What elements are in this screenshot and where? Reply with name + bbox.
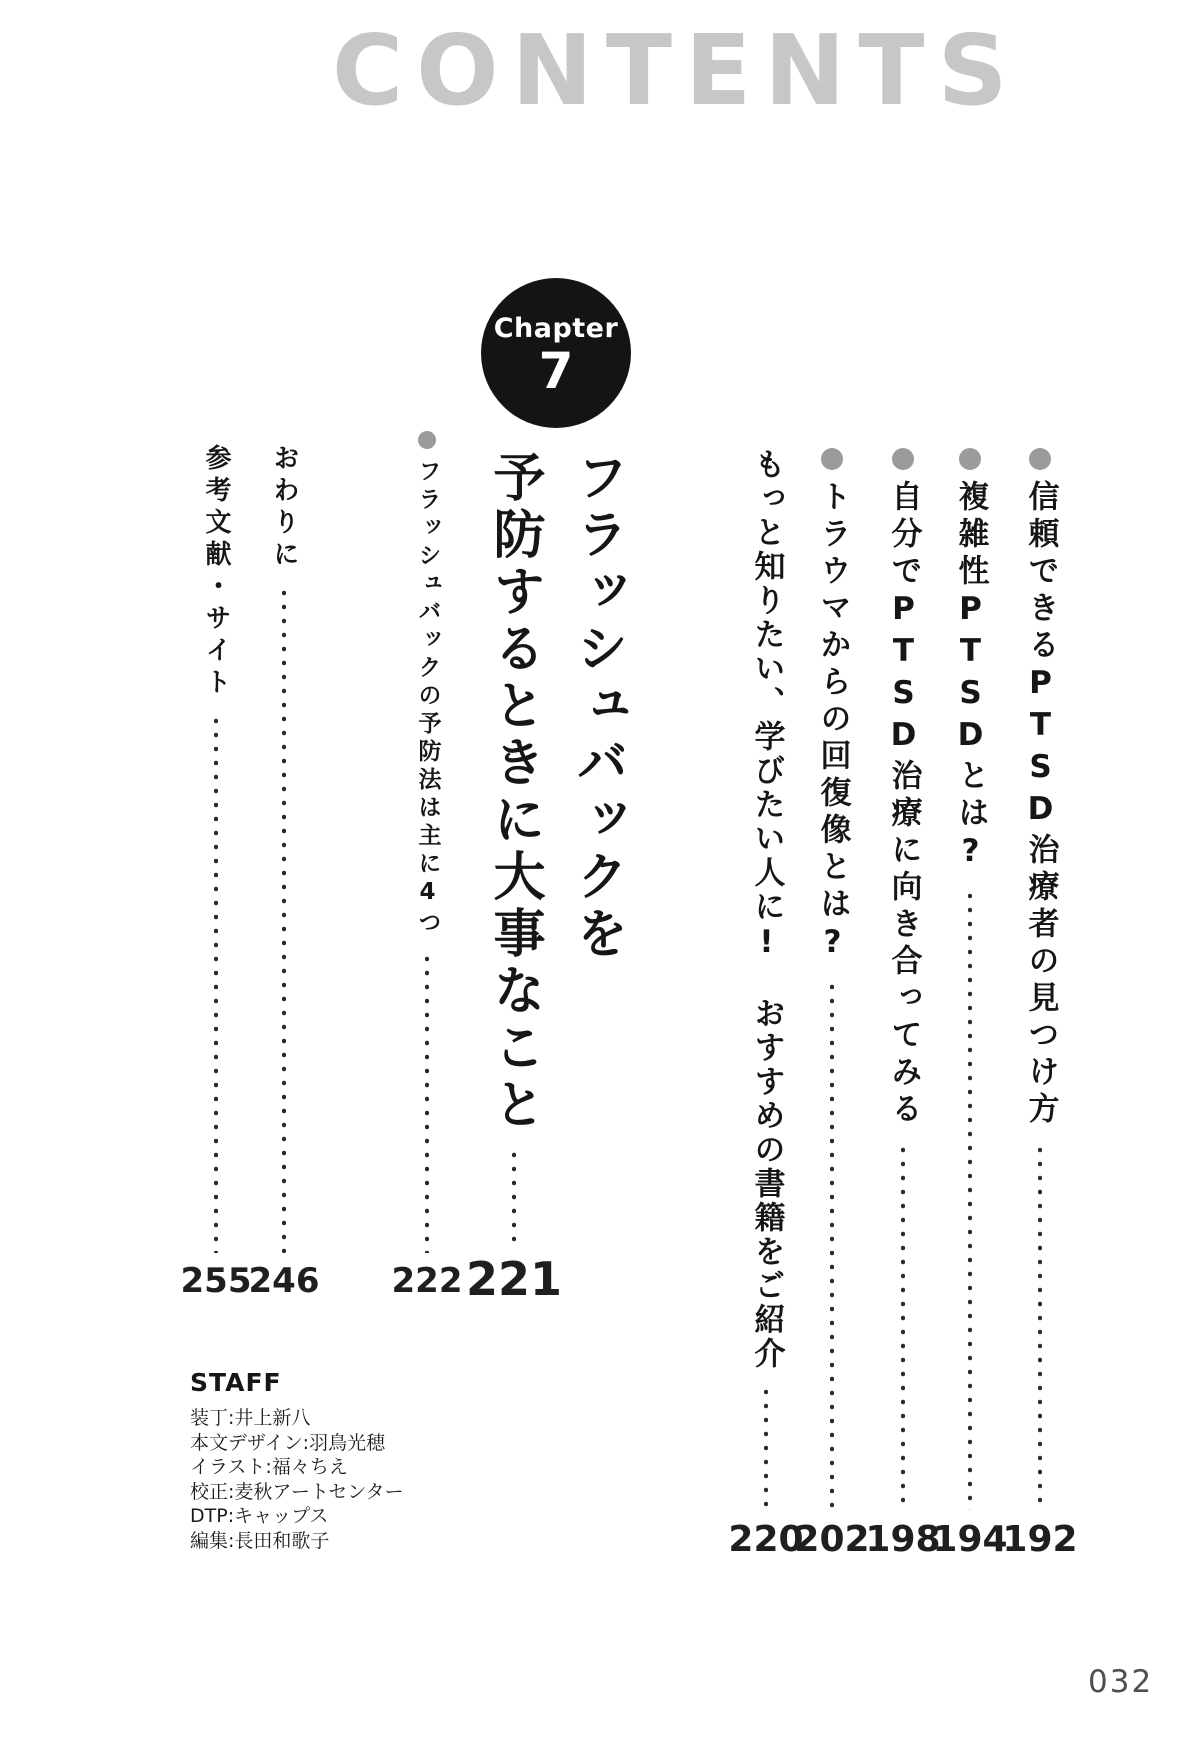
staff-line: 本文デザイン:羽鳥光穂	[190, 1431, 404, 1456]
backmatter-item-references: 参考文献・サイト 255	[184, 444, 248, 1300]
chapter-title-line-2: 予防するときに大事なこと 221	[478, 450, 550, 1305]
chapter-badge: Chapter 7	[481, 278, 631, 428]
dotted-leader	[968, 889, 972, 1510]
toc-item: 自分でPTSD治療に向き合ってみる 198	[871, 448, 935, 1560]
sub-item-page-number: 222	[392, 1263, 463, 1300]
staff-line: DTP:キャップス	[190, 1504, 404, 1529]
backmatter-item-owarini: おわりに 246	[252, 444, 316, 1300]
bullet-icon	[959, 448, 981, 470]
bullet-icon	[1029, 448, 1051, 470]
toc-item: 複雑性PTSDとは? 194	[938, 448, 1002, 1560]
bullet-icon	[418, 431, 436, 449]
backmatter-page-number: 255	[181, 1263, 252, 1300]
dotted-leader	[214, 714, 218, 1253]
toc-item-page-number: 194	[932, 1520, 1007, 1560]
dotted-leader	[425, 952, 429, 1253]
toc-item: トラウマからの回復像とは? 202	[800, 448, 864, 1560]
toc-item-title: 信頼できるPTSD治療者の見つけ方	[1025, 480, 1056, 1129]
backmatter-page-number: 246	[249, 1263, 320, 1300]
backmatter-title: おわりに	[271, 444, 297, 572]
toc-item-title: 自分でPTSD治療に向き合ってみる	[888, 480, 919, 1129]
staff-lines: 装丁:井上新八 本文デザイン:羽鳥光穂 イラスト:福々ちえ 校正:麦秋アートセン…	[190, 1406, 404, 1553]
sub-item-title: フラッシュバックの予防法は主に4つ	[416, 459, 439, 938]
dotted-leader	[830, 980, 834, 1510]
dotted-leader	[1038, 1143, 1042, 1510]
bullet-icon	[892, 448, 914, 470]
toc-item: 信頼できるPTSD治療者の見つけ方 192	[1008, 448, 1072, 1560]
staff-line: 編集:長田和歌子	[190, 1529, 404, 1554]
chapter-title-line-1: フラッシュバックを	[561, 450, 633, 963]
toc-item-title: 複雑性PTSDとは?	[955, 480, 986, 875]
toc-item-page-number: 198	[865, 1520, 940, 1560]
toc-item: もっと知りたい、学びたい人に! おすすめの書籍をご紹介 220	[734, 448, 798, 1560]
page-header-title: CONTENTS	[332, 18, 1020, 125]
staff-heading: STAFF	[190, 1368, 404, 1397]
chapter-badge-number: 7	[539, 346, 574, 396]
chapter-page-number: 221	[466, 1254, 562, 1305]
staff-line: 校正:麦秋アートセンター	[190, 1480, 404, 1505]
toc-item-page-number: 220	[728, 1520, 803, 1560]
staff-line: イラスト:福々ちえ	[190, 1455, 404, 1480]
staff-line: 装丁:井上新八	[190, 1406, 404, 1431]
staff-block: STAFF 装丁:井上新八 本文デザイン:羽鳥光穂 イラスト:福々ちえ 校正:麦…	[190, 1368, 404, 1553]
chapter-title-text: 予防するときに大事なこと	[488, 450, 540, 1134]
backmatter-title: 参考文献・サイト	[203, 444, 229, 700]
dotted-leader	[512, 1148, 516, 1244]
toc-item-title: トラウマからの回復像とは?	[817, 480, 848, 966]
toc-item-page-number: 192	[1002, 1520, 1077, 1560]
folio-page-number: 032	[1088, 1664, 1153, 1700]
chapter-badge-label: Chapter	[494, 314, 619, 344]
contents-page: CONTENTS Chapter 7 フラッシュバックを 予防するときに大事なこ…	[0, 0, 1200, 1748]
chapter-title-text: フラッシュバックを	[571, 450, 623, 963]
bullet-icon	[821, 448, 843, 470]
chapter-sub-item: フラッシュバックの予防法は主に4つ 222	[395, 431, 459, 1300]
dotted-leader	[282, 586, 286, 1253]
dotted-leader	[764, 1385, 768, 1510]
dotted-leader	[901, 1143, 905, 1510]
toc-item-page-number: 202	[794, 1520, 869, 1560]
toc-item-title: もっと知りたい、学びたい人に! おすすめの書籍をご紹介	[751, 448, 782, 1371]
